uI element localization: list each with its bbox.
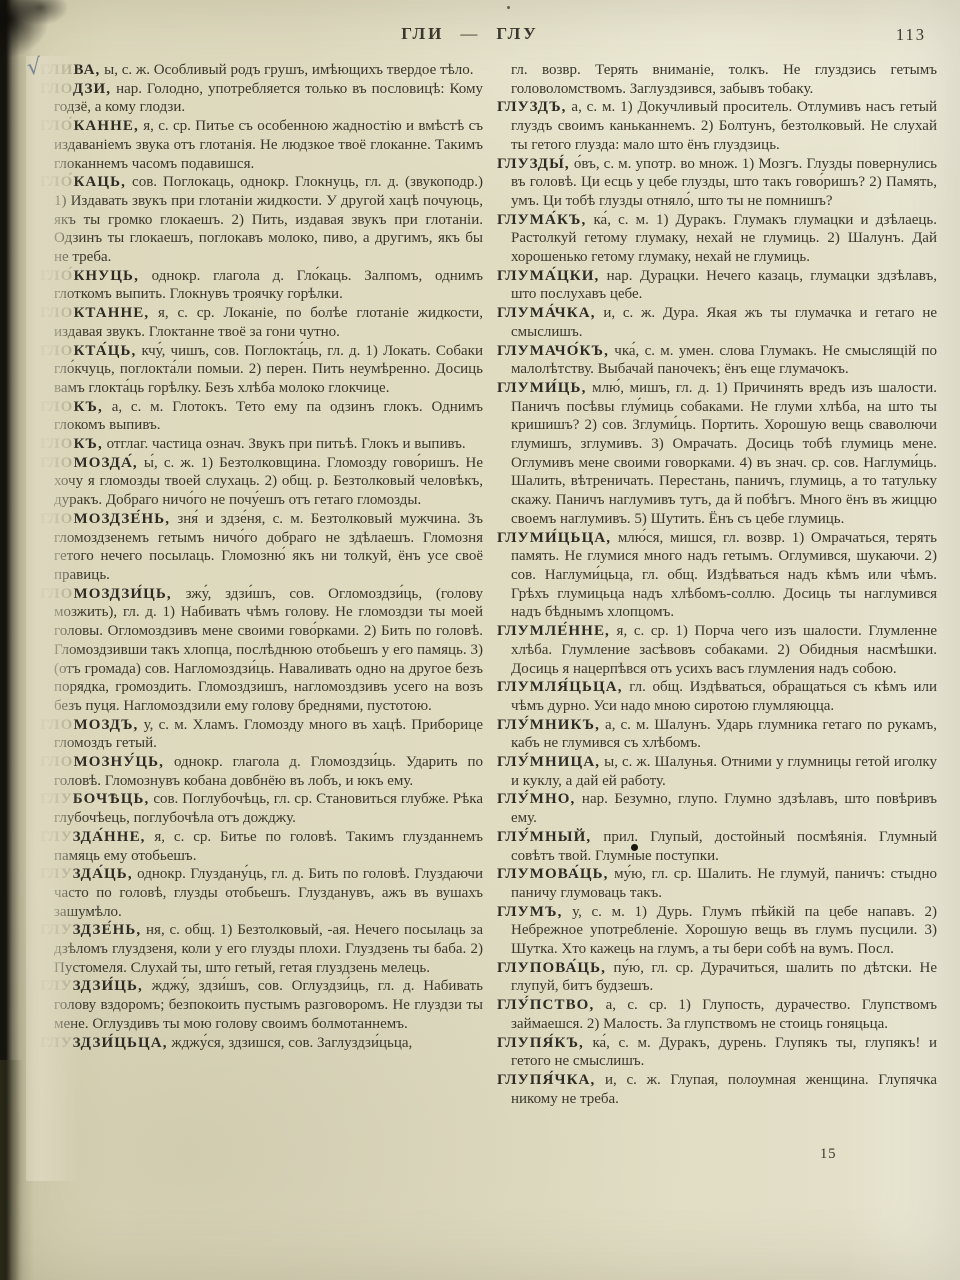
dictionary-entry: ГЛУБОЧѢЦЬ, сов. Поглубочѣць, гл. ср. Ста… [40,790,483,827]
dictionary-entry: ГЛИВА, ы, с. ж. Особливый родъ грушъ, им… [40,61,483,80]
dictionary-entry: ГЛУПЯ́КЪ, ка́, с. м. Дуракъ, дурень. Глу… [497,1034,937,1071]
page-number: 113 [896,25,926,45]
scanned-page: ГЛИ—ГЛУ 113 ГЛИВА, ы, с. ж. Особливый ро… [0,0,960,1280]
headword: ГЛУ́МНО, [497,791,575,807]
headword: ЗДЗЕ́НЬ, [73,922,142,938]
pencil-checkmark: √ [26,54,43,80]
dictionary-entry: ГЛО́КНУЦЬ, однокр. глагола д. Гло́каць. … [40,267,483,304]
headword-prefix-faded: ГЛО [40,305,73,321]
dictionary-entry: ГЛУМИ́ЦЬЦА, млю́ся, мишся, гл. возвр. 1)… [497,529,937,623]
headword: ГЛУМА́ЦКИ, [497,268,599,284]
entry-body: зжу́, здзи́шъ, сов. Огломоздзи́ць, (голо… [54,586,483,714]
dictionary-entry: ГЛУПЯ́ЧКА, и, с. ж. Глупая, полоумная же… [497,1071,937,1108]
dictionary-entry: ГЛОДЗИ, нар. Голодно, употребляется толь… [40,80,483,117]
headword-prefix-faded: ГЛО [40,436,73,452]
headword: ГЛУПЯ́ЧКА, [497,1072,595,1088]
headword: ГЛУПЯ́КЪ, [497,1035,584,1051]
headword-prefix-faded: ГЛО [40,586,73,602]
dictionary-entry: ГЛУЗДЗИ́ЦЬ, жджу́, здзи́шъ, сов. Оглуздз… [40,977,483,1033]
headword: ДЗИ, [73,81,111,97]
headword-prefix-faded: ГЛО [40,717,73,733]
dictionary-entry: ГЛУЗДЗЕ́НЬ, ня, с. общ. 1) Безтолковый, … [40,921,483,977]
dictionary-entry: ГЛОМОЗНУ́ЦЬ, однокр. глагола д. Гломоздз… [40,753,483,790]
headword: ГЛУМИ́ЦЬЦА, [497,530,611,546]
running-title-separator: — [460,24,480,43]
dictionary-entry: ГЛОМОЗДА́, ы́, с. ж. 1) Безтолковщина. Г… [40,454,483,510]
dictionary-entry: ГЛУМЪ, у, с. м. 1) Дурь. Глумъ пѣйкій па… [497,903,937,959]
headword: ЗДЗИ́ЦЬ, [73,978,143,994]
headword: КНУЦЬ, [73,268,139,284]
headword-prefix-faded: ГЛО [40,399,73,415]
dictionary-entry: ГЛУ́ПСТВО, а, с. ср. 1) Глупость, дураче… [497,996,937,1033]
scan-dark-edge-bottom [0,1060,26,1280]
headword: МОЗДЪ, [73,717,138,733]
dictionary-entry: ГЛУМЛЯ́ЦЬЦА, гл. общ. Издѣваться, обраща… [497,678,937,715]
dictionary-entry: ГЛОКТА́ЦЬ, кчу́, чишъ, сов. Поглокта́ць,… [40,342,483,398]
headword-prefix-faded: ГЛО́ [40,174,73,190]
dictionary-entry: ГЛУЗДА́ЦЬ, однокр. Глуздану́ць, гл. д. Б… [40,865,483,921]
ink-speck [507,6,510,9]
headword: МОЗДЗЕ́НЬ, [73,511,170,527]
dictionary-entry: ГЛУЗДЪ, а, с. м. 1) Докучливый проситель… [497,98,937,154]
dictionary-entry: ГЛОКЪ, отглаг. частица означ. Звукъ при … [40,435,483,454]
headword-prefix-faded: ГЛО [40,343,73,359]
headword: КАННЕ, [73,118,138,134]
dictionary-entry: ГЛУЗДА́ННЕ, я, с. ср. Битье по головѣ. Т… [40,828,483,865]
headword: КАЦЬ, [73,174,126,190]
dictionary-entry: ГЛУМА́ЦКИ, нар. Дурацки. Нечего казаць, … [497,267,937,304]
dictionary-entry: ГЛОМОЗДЗЕ́НЬ, зня́ и здзе́ня, с. м. Безт… [40,510,483,585]
entry-body: о́въ, с. м. употр. во множ. 1) Мозгъ. Гл… [511,156,937,209]
entry-continuation: гл. возвр. Терять вниманіе, толкъ. Не гл… [497,61,937,98]
headword: МОЗДА́, [73,455,137,471]
headword: ВА, [73,62,100,78]
headword: ГЛУЗДЪ, [497,99,567,115]
dictionary-column-right: гл. возвр. Терять вниманіе, толкъ. Не гл… [497,61,937,1108]
headword-prefix-faded: ГЛО [40,455,73,471]
headword: БОЧѢЦЬ, [73,791,150,807]
dictionary-entry: ГЛОМОЗДЪ, у, с. м. Хламъ. Гломозду много… [40,716,483,753]
running-title: ГЛИ—ГЛУ [401,24,539,44]
dictionary-entry: ГЛУМА́ЧКА, и, с. ж. Дура. Якая жъ ты глу… [497,304,937,341]
headword: КТА́ЦЬ, [73,343,136,359]
headword-prefix-faded: ГЛУ [40,866,73,882]
entry-body: нар. Безумно, глупо. Глумно здзѣлавъ, шт… [511,791,937,826]
dictionary-entry: ГЛУМАЧО́КЪ, чка́, с. м. умен. слова Глум… [497,342,937,379]
dictionary-entry: ГЛУ́МНО, нар. Безумно, глупо. Глумно здз… [497,790,937,827]
headword-prefix-faded: ГЛУ [40,1035,73,1051]
headword-prefix-faded: ГЛО́ [40,268,73,284]
dictionary-entry: ГЛУМОВА́ЦЬ, му́ю, гл. ср. Шалить. Не глу… [497,865,937,902]
headword: ГЛУМЛЯ́ЦЬЦА, [497,679,623,695]
dictionary-entry: ГЛУ́МНИКЪ, а, с. м. Шалунъ. Ударь глумни… [497,716,937,753]
entry-body: жджу́ся, здзишся, сов. Заглуздзи́цьца, [171,1035,412,1051]
dictionary-entry: ГЛОКТАННЕ, я, с. ср. Локаніе, по болѣе г… [40,304,483,341]
signature-number: 15 [820,1146,837,1163]
page-header: ГЛИ—ГЛУ 113 [0,24,960,48]
dictionary-entry: ГЛУЗДЗИ́ЦЬЦА, жджу́ся, здзишся, сов. Заг… [40,1034,483,1053]
headword: КЪ, [73,399,102,415]
headword: ЗДЗИ́ЦЬЦА, [73,1035,168,1051]
headword-prefix-faded: ГЛИ [40,62,73,78]
headword: ГЛУМОВА́ЦЬ, [497,866,609,882]
entry-body: нар. Голодно, употребляется только въ по… [54,81,483,116]
headword: ГЛУ́МНИЦА, [497,754,600,770]
dictionary-entry: ГЛУ́МНИЦА, ы, с. ж. Шалунья. Отними у гл… [497,753,937,790]
entry-body: гл. возвр. Терять вниманіе, толкъ. Не гл… [511,62,937,97]
running-title-left: ГЛИ [401,24,444,43]
headword-prefix-faded: ГЛУ [40,791,73,807]
dictionary-entry: ГЛУМА́КЪ, ка́, с. м. 1) Дуракъ. Глумакъ … [497,211,937,267]
entry-body: а, с. м. Глотокъ. Тето ему па одзинъ гло… [54,399,483,434]
dictionary-entry: ГЛУ́МНЫЙ, прил. Глупый, достойный посмѣя… [497,828,937,865]
headword: ГЛУМИ́ЦЬ, [497,380,586,396]
headword-prefix-faded: ГЛУ [40,829,73,845]
headword: КТАННЕ, [73,305,149,321]
headword: ГЛУМА́ЧКА, [497,305,596,321]
running-title-right: ГЛУ [496,24,538,43]
dictionary-entry: ГЛУМИ́ЦЬ, млю́, мишъ, гл. д. 1) Причинят… [497,379,937,529]
headword: МОЗДЗИ́ЦЬ, [73,586,171,602]
headword: ГЛУ́ПСТВО, [497,997,594,1013]
entry-body: ы, с. ж. Особливый родъ грушъ, имѣющихъ … [104,62,473,78]
headword: ЗДА́ЦЬ, [73,866,133,882]
headword: ГЛУ́МНЫЙ, [497,829,591,845]
dictionary-column-left: ГЛИВА, ы, с. ж. Особливый родъ грушъ, им… [40,61,483,1052]
headword: МОЗНУ́ЦЬ, [73,754,164,770]
dictionary-entry: ГЛУПОВА́ЦЬ, пу́ю, гл. ср. Дурачиться, ша… [497,959,937,996]
headword: КЪ, [73,436,102,452]
dictionary-entry: ГЛО́КАЦЬ, сов. Поглокаць, однокр. Глокну… [40,173,483,267]
headword-prefix-faded: ГЛО [40,511,73,527]
headword: ГЛУПОВА́ЦЬ, [497,960,606,976]
headword: ГЛУ́МНИКЪ, [497,717,600,733]
headword-prefix-faded: ГЛО [40,754,73,770]
dictionary-entry: ГЛУМЛЕ́ННЕ, я, с. ср. 1) Порча чего изъ … [497,622,937,678]
headword: ЗДА́ННЕ, [73,829,146,845]
dictionary-entry: ГЛУЗДЫ́, о́въ, с. м. употр. во множ. 1) … [497,155,937,211]
dictionary-entry: ГЛОМОЗДЗИ́ЦЬ, зжу́, здзи́шъ, сов. Огломо… [40,585,483,716]
headword: ГЛУМА́КЪ, [497,212,586,228]
headword-prefix-faded: ГЛО [40,81,73,97]
headword: ГЛУМЛЕ́ННЕ, [497,623,610,639]
entry-body: млю́, мишъ, гл. д. 1) Причинять вредъ из… [511,380,937,527]
headword: ГЛУЗДЫ́, [497,156,570,172]
headword-prefix-faded: ГЛУ [40,922,73,938]
headword: ГЛУМЪ, [497,904,562,920]
dictionary-entry: ГЛО́КАННЕ, я, с. ср. Питье съ особенною … [40,117,483,173]
dictionary-entry: ГЛОКЪ, а, с. м. Глотокъ. Тето ему па одз… [40,398,483,435]
entry-body: а, с. м. 1) Докучливый проситель. Отлуми… [511,99,937,152]
headword-prefix-faded: ГЛУ [40,978,73,994]
entry-body: у, с. м. 1) Дурь. Глумъ пѣйкій па цебе н… [511,904,937,957]
entry-body: отглаг. частица означ. Звукъ при питьѣ. … [107,436,466,452]
headword-prefix-faded: ГЛО́ [40,118,73,134]
headword: ГЛУМАЧО́КЪ, [497,343,609,359]
